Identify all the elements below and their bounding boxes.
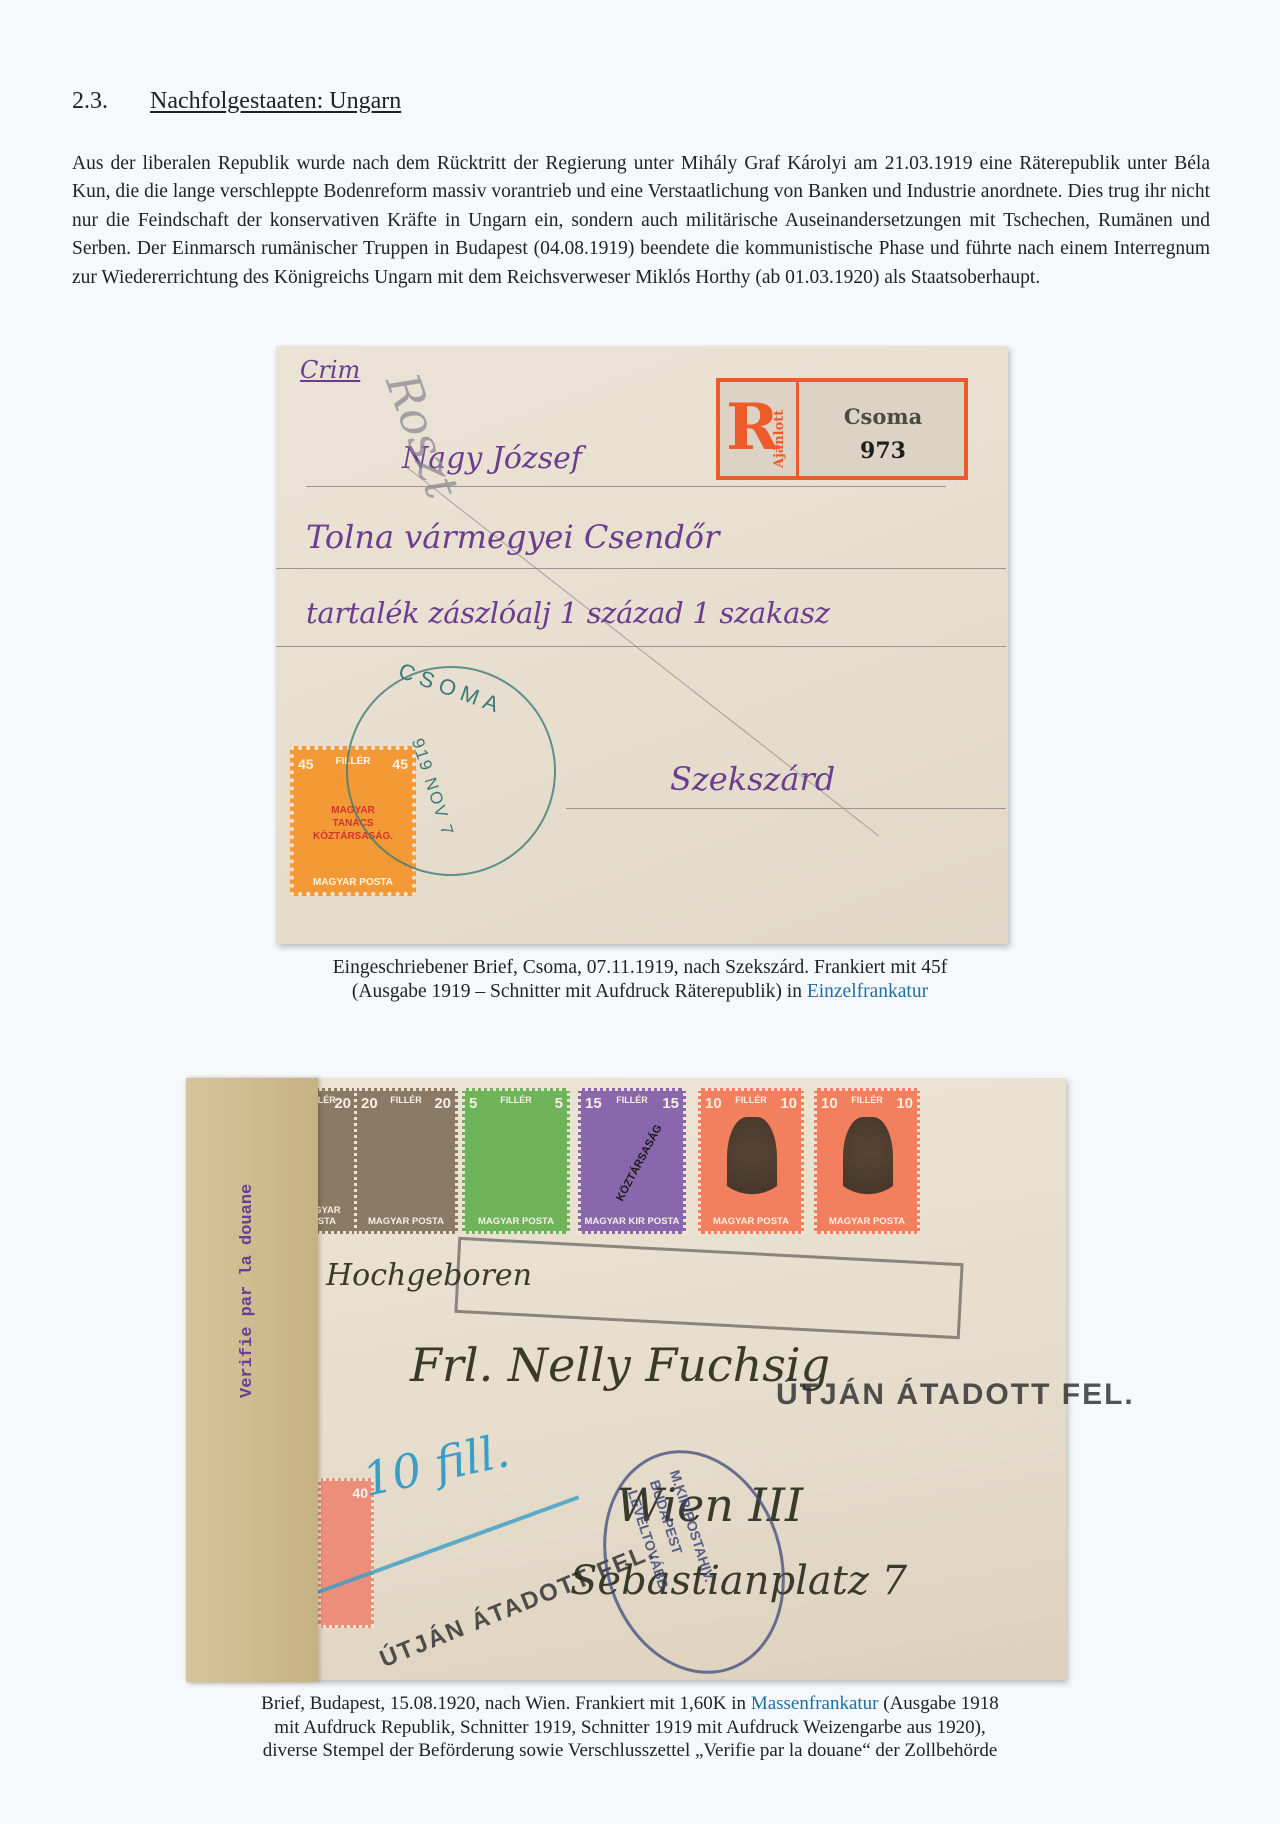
registration-label: R Ajánlott Csoma 973: [716, 378, 968, 480]
stamp-20-filler: 2020FILLÉRMAGYAR POSTA: [354, 1088, 458, 1234]
stamp-15-filler: 1515FILLÉRMAGYAR KIR POSTAKÖZTÁRSASÁG: [578, 1088, 686, 1234]
blue-crayon-note: 10 fill.: [358, 1423, 514, 1507]
republic-overprint: KÖZTÁRSASÁG: [614, 1123, 664, 1204]
caption-text: Brief, Budapest, 15.08.1920, nach Wien. …: [261, 1693, 751, 1714]
registration-place: Csoma: [802, 404, 964, 429]
address-rule: [306, 486, 946, 487]
section-heading: 2.3.Nachfolgestaaten: Ungarn: [72, 88, 401, 115]
customs-seal-strip: Verifie par la douane: [186, 1078, 318, 1682]
registration-number: 973: [802, 438, 964, 464]
section-title: Nachfolgestaaten: Ungarn: [150, 88, 401, 114]
caption-cover2: Brief, Budapest, 15.08.1920, nach Wien. …: [150, 1692, 1110, 1763]
caption-text: (Ausgabe 1918: [879, 1693, 999, 1714]
stamp-header: FILLÉR: [817, 1095, 917, 1105]
address-rule: [276, 568, 1006, 569]
caption-line: mit Aufdruck Republik, Schnitter 1919, S…: [150, 1716, 1110, 1740]
customs-strip-text: Verifie par la douane: [238, 1184, 257, 1398]
caption-line: (Ausgabe 1919 – Schnitter mit Aufdruck R…: [240, 980, 1040, 1004]
stamp-footer: MAGYAR POSTA: [701, 1216, 801, 1227]
stamp-footer: MAGYAR POSTA: [357, 1216, 455, 1227]
caption-text: (Ausgabe 1919 – Schnitter mit Aufdruck R…: [352, 981, 807, 1002]
handwritten-city: Szekszárd: [670, 760, 835, 798]
label-divider: [796, 382, 799, 476]
caption-cover1: Eingeschriebener Brief, Csoma, 07.11.191…: [240, 956, 1040, 1004]
stamp-40-filler: 40: [318, 1478, 374, 1628]
stamp-footer: MAGYAR KIR POSTA: [581, 1216, 683, 1227]
stamp-value: 45: [298, 756, 314, 772]
stamp-10-filler: 1010FILLÉRMAGYAR POSTA: [814, 1088, 920, 1234]
registration-side-text: Ajánlott: [772, 384, 787, 468]
pencil-scribble: Roszt: [375, 366, 470, 505]
machine-cancel: ÚTJÁN ÁTADOTT FEL.: [776, 1378, 1135, 1412]
oval-post-office-stamp: [575, 1426, 813, 1697]
handwritten-salutation: Crim: [300, 356, 360, 384]
wheat-sheaf-overprint: [727, 1117, 777, 1217]
caption-line: Eingeschriebener Brief, Csoma, 07.11.191…: [240, 956, 1040, 980]
cover-budapest-wien: 20FILLÉRMAGYAR POSTA2020FILLÉRMAGYAR POS…: [186, 1078, 1066, 1680]
address-rule: [566, 808, 1006, 809]
registered-cover-csoma: Crim Nagy József Tolna vármegyei Csendőr…: [276, 346, 1008, 944]
stamp-5-filler: 55FILLÉRMAGYAR POSTA: [462, 1088, 570, 1234]
handwritten-address-line3: tartalék zászlóalj 1 század 1 szakasz: [306, 596, 830, 630]
stamp-footer: MAGYAR POSTA: [465, 1216, 567, 1227]
stamp-header: FILLÉR: [465, 1095, 567, 1105]
wheat-sheaf-overprint: [843, 1117, 893, 1217]
term-einzelfrankatur: Einzelfrankatur: [807, 981, 928, 1002]
intro-paragraph: Aus der liberalen Republik wurde nach de…: [72, 150, 1210, 292]
stamp-header: FILLÉR: [357, 1095, 455, 1105]
stamp-footer: MAGYAR POSTA: [817, 1216, 917, 1227]
handwritten-prefix: Hochgeboren: [326, 1258, 532, 1293]
stamp-10-filler: 1010FILLÉRMAGYAR POSTA: [698, 1088, 804, 1234]
caption-line: diverse Stempel der Beförderung sowie Ve…: [150, 1739, 1110, 1763]
caption-line: Brief, Budapest, 15.08.1920, nach Wien. …: [150, 1692, 1110, 1716]
address-rule: [276, 646, 1006, 647]
stamp-header: FILLÉR: [701, 1095, 801, 1105]
handwritten-recipient: Frl. Nelly Fuchsig: [410, 1338, 830, 1392]
term-massenfrankatur: Massenfrankatur: [751, 1693, 879, 1714]
stamp-footer: MAGYAR POSTA: [294, 877, 412, 888]
stamp-header: FILLÉR: [581, 1095, 683, 1105]
section-number: 2.3.: [72, 88, 150, 115]
handwritten-address-line2: Tolna vármegyei Csendőr: [306, 518, 719, 556]
